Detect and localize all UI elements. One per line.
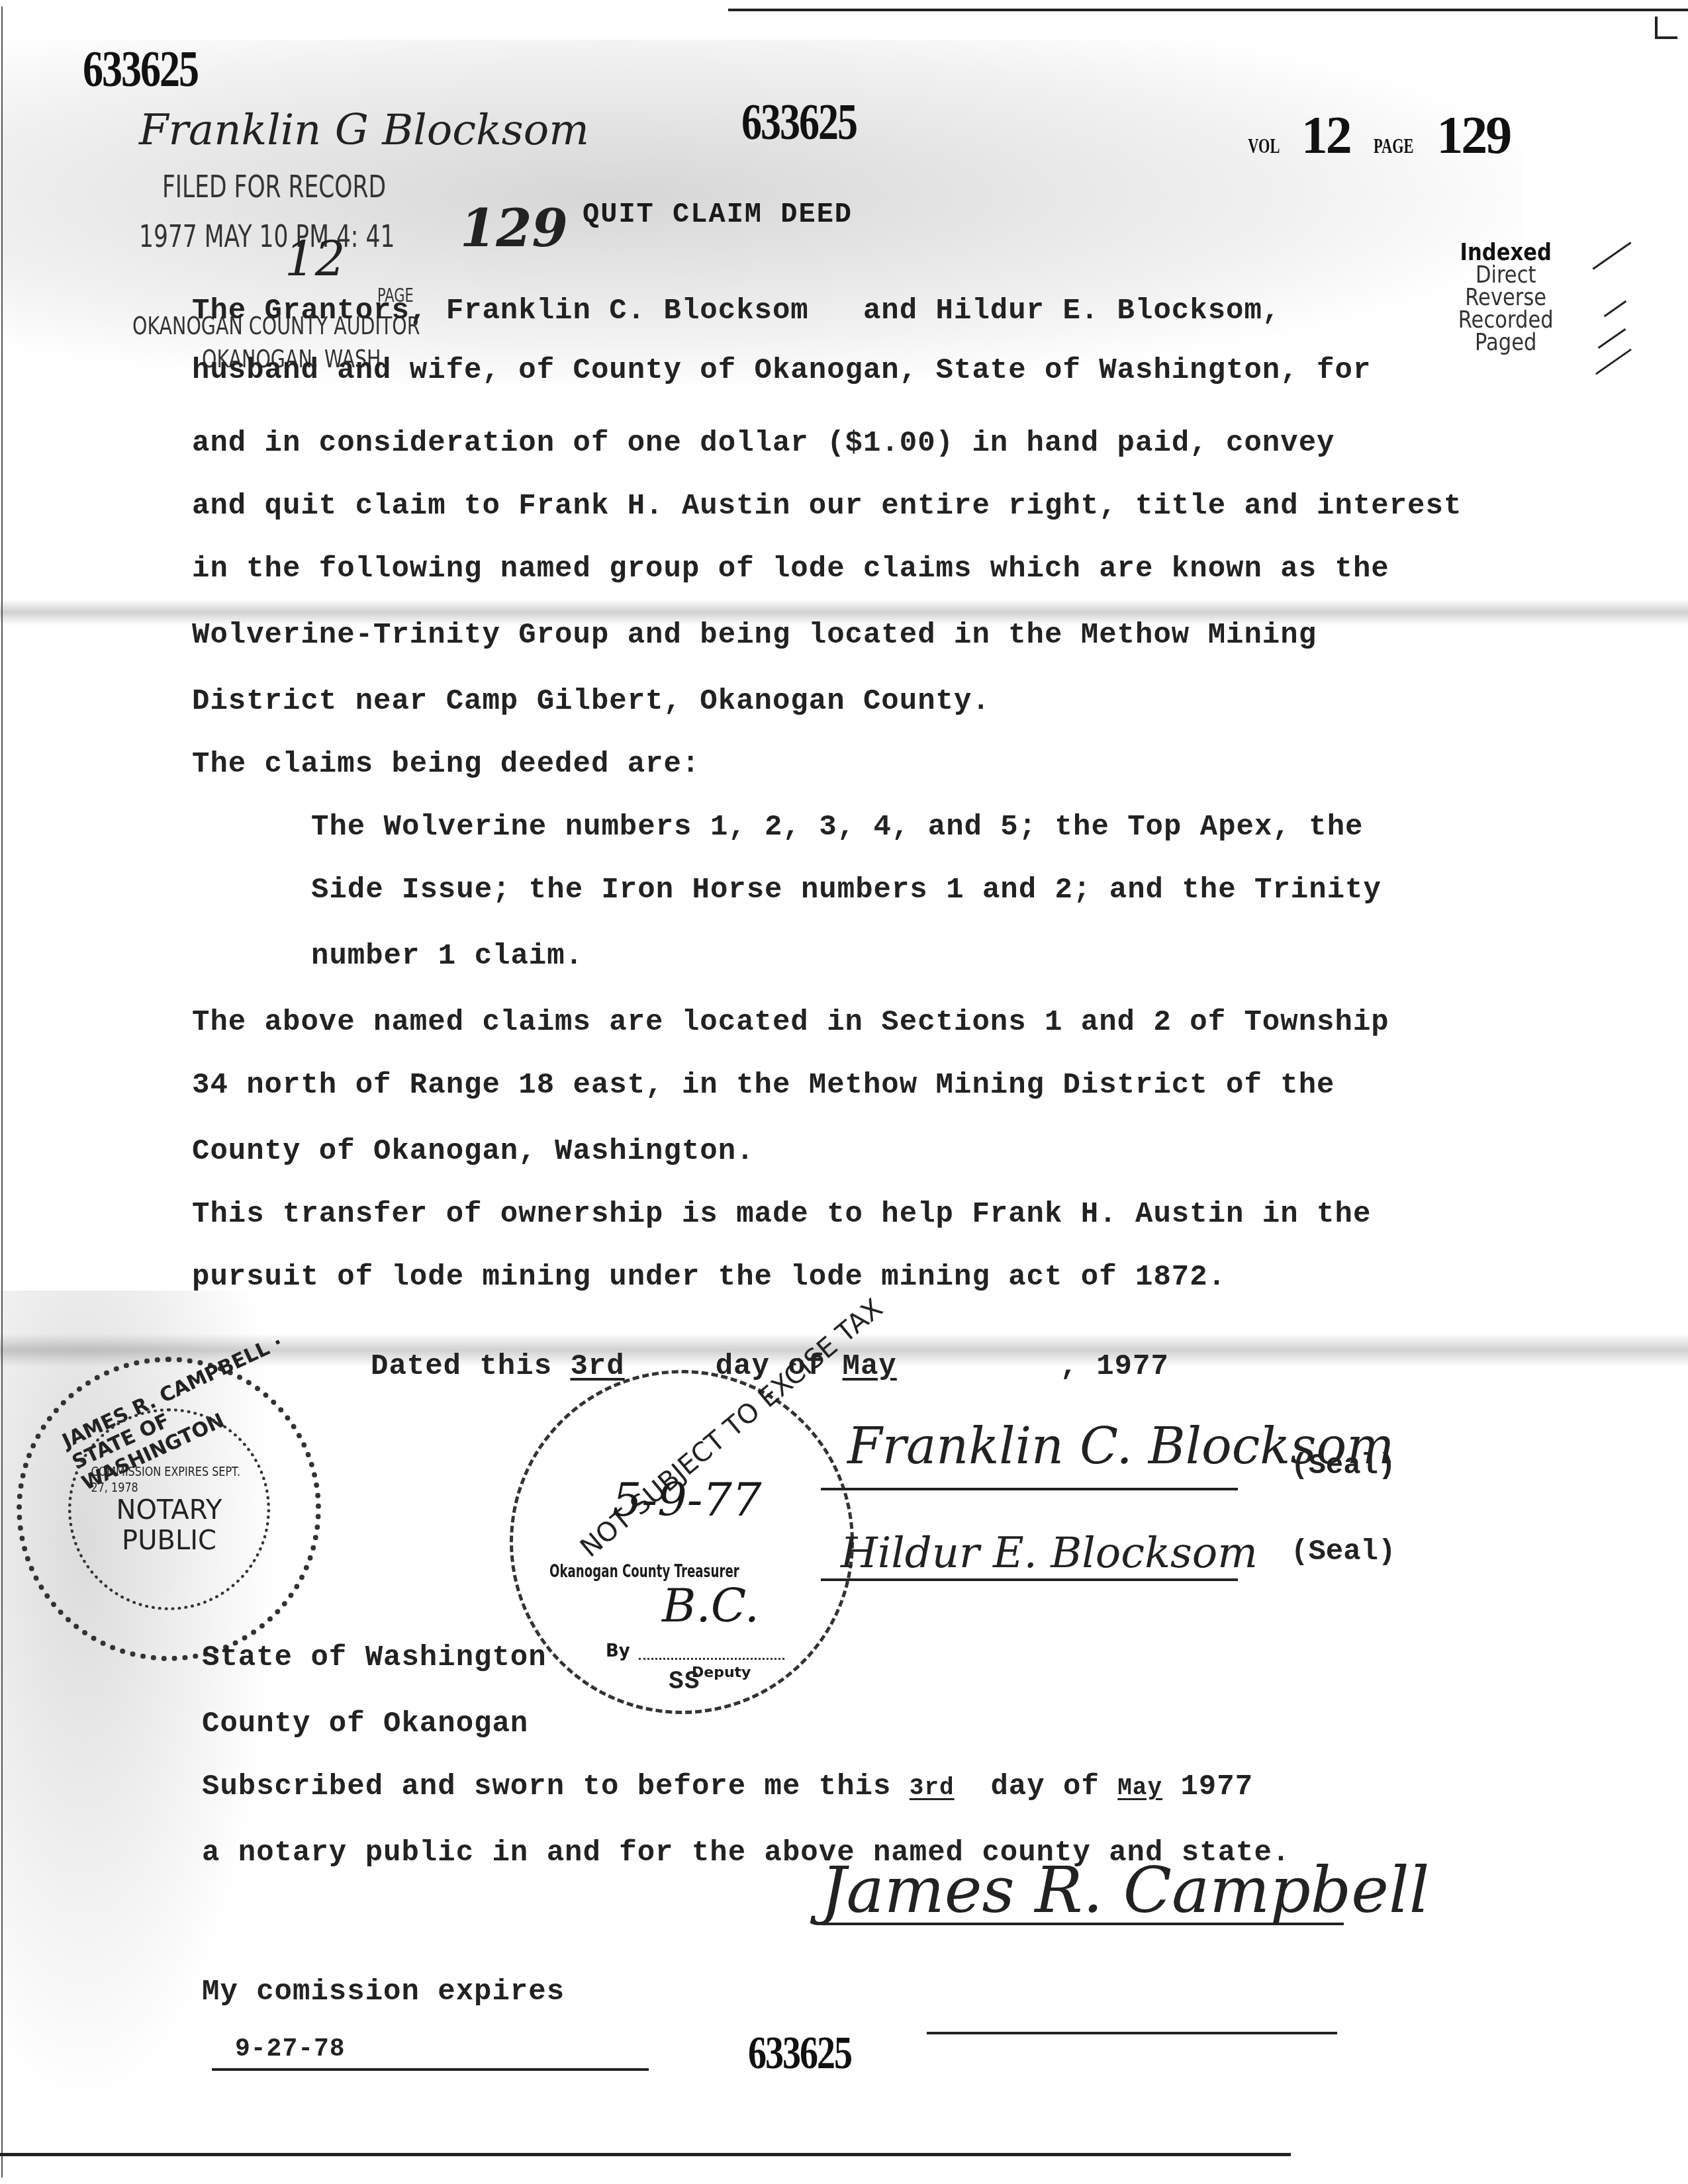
- notary-seal-line-1: NOTARY: [117, 1495, 222, 1525]
- notary-signature: James R. Campbell: [821, 1853, 1430, 1927]
- signature-line: [927, 2032, 1337, 2034]
- body-line: Wolverine-Trinity Group and being locate…: [192, 619, 1317, 652]
- body-line: This transfer of ownership is made to he…: [192, 1198, 1371, 1231]
- vol-page-stamp: VOL 12 PAGE 129: [1241, 106, 1510, 166]
- filed-datetime: 1977 MAY 10 PM 4: 41: [139, 218, 395, 254]
- vol-label: VOL: [1248, 134, 1280, 158]
- commission-date: 9-27-78: [235, 2035, 346, 2064]
- vol-number: 12: [1301, 106, 1350, 166]
- page-label: PAGE: [1374, 134, 1414, 158]
- ack-sworn-day: 3rd: [910, 1774, 955, 1801]
- signature-line: [821, 1488, 1238, 1490]
- body-line: County of Okanogan, Washington.: [192, 1135, 755, 1168]
- index-item: Recorded: [1458, 309, 1554, 332]
- check-mark-icon: [1592, 242, 1631, 270]
- recorder-signature: Franklin G Blocksom: [139, 106, 589, 155]
- body-line: and quit claim to Frank H. Austin our en…: [192, 490, 1462, 523]
- handwritten-volume: 12: [285, 232, 346, 287]
- notary-seal: JAMES R. CAMPBELL · STATE OF WASHINGTON …: [17, 1357, 321, 1661]
- document-title: QUIT CLAIM DEED: [583, 199, 853, 230]
- excise-initials: B.C.: [662, 1578, 759, 1633]
- page-number: 129: [1436, 106, 1510, 166]
- commission-label: My comission expires: [202, 1976, 565, 2009]
- body-line: The Grantors, Franklin C. Blocksom and H…: [192, 295, 1280, 328]
- ack-sworn-prefix: Subscribed and sworn to before me this: [202, 1770, 891, 1803]
- body-line: in the following named group of lode cla…: [192, 553, 1389, 586]
- ack-sworn-month: May: [1117, 1774, 1162, 1801]
- ack-sworn-year: 1977: [1180, 1770, 1253, 1803]
- body-line: The claims being deeded are:: [192, 748, 700, 781]
- index-item: Paged: [1458, 332, 1554, 354]
- check-mark-icon: [1604, 300, 1626, 317]
- page-edge: [1, 7, 3, 2177]
- handwritten-page: 129: [460, 199, 568, 259]
- body-line: number 1 claim.: [311, 940, 583, 973]
- signature-line: [821, 1578, 1238, 1581]
- footer-instrument-number: 633625: [748, 2026, 851, 2079]
- body-line: The above named claims are located in Se…: [192, 1006, 1389, 1039]
- body-line: and in consideration of one dollar ($1.0…: [192, 427, 1335, 460]
- body-line: 34 north of Range 18 east, in the Methow…: [192, 1069, 1335, 1102]
- check-mark-icon: [1595, 349, 1632, 375]
- excise-deputy-label: Deputy: [692, 1664, 751, 1681]
- ack-state: State of Washington: [202, 1641, 547, 1674]
- instrument-number-right: 633625: [741, 93, 857, 152]
- index-item: Indexed: [1458, 242, 1554, 264]
- ack-county: County of Okanogan: [202, 1707, 528, 1741]
- commission-date-line: [212, 2068, 649, 2071]
- body-line: pursuit of lode mining under the lode mi…: [192, 1261, 1226, 1294]
- filed-for-record-label: FILED FOR RECORD: [162, 169, 386, 205]
- excise-tax-stamp: NOT SUBJECT TO EXCISE TAX 5-9-77 Okanoga…: [510, 1370, 854, 1714]
- body-line: The Wolverine numbers 1, 2, 3, 4, and 5;…: [311, 811, 1363, 844]
- ack-sworn-middle: day of: [990, 1770, 1099, 1803]
- check-mark-icon: [1598, 328, 1626, 349]
- instrument-number-top: 633625: [83, 40, 198, 99]
- dated-month: May: [843, 1350, 897, 1383]
- corner-mark: [1655, 17, 1677, 39]
- ack-sworn-line: Subscribed and sworn to before me this 3…: [202, 1770, 1253, 1803]
- index-item: Reverse: [1458, 287, 1554, 309]
- excise-by-label: By: [606, 1641, 630, 1661]
- notary-seal-line-2: PUBLIC: [122, 1525, 216, 1556]
- signature-line: [821, 1923, 1344, 1925]
- excise-date: 5-9-77: [612, 1473, 761, 1527]
- index-stamp: Indexed Direct Reverse Recorded Paged: [1450, 242, 1562, 354]
- seal-label-1: (Seal): [1291, 1449, 1395, 1482]
- seal-label-2: (Seal): [1291, 1535, 1395, 1569]
- dated-prefix: Dated this: [371, 1350, 552, 1383]
- deed-page: 633625 633625 Franklin G Blocksom FILED …: [0, 0, 1688, 2184]
- page-edge: [728, 9, 1688, 11]
- body-line: Side Issue; the Iron Horse numbers 1 and…: [311, 874, 1382, 907]
- dated-year: , 1977: [1060, 1350, 1168, 1383]
- excise-by-line: [639, 1658, 784, 1660]
- ack-ss: SS: [669, 1668, 700, 1696]
- body-line: District near Camp Gilbert, Okanogan Cou…: [192, 685, 990, 718]
- body-line: husband and wife, of County of Okanogan,…: [192, 354, 1371, 387]
- index-item: Direct: [1458, 264, 1554, 287]
- grantor-signature-2: Hildur E. Blocksom: [841, 1529, 1258, 1578]
- notary-seal-commission: COMMISSION EXPIRES SEPT. 27, 1978: [91, 1463, 248, 1495]
- notary-seal-center: COMMISSION EXPIRES SEPT. 27, 1978 NOTARY…: [68, 1408, 270, 1610]
- page-edge: [0, 2153, 1291, 2156]
- dated-day: 3rd: [570, 1350, 624, 1383]
